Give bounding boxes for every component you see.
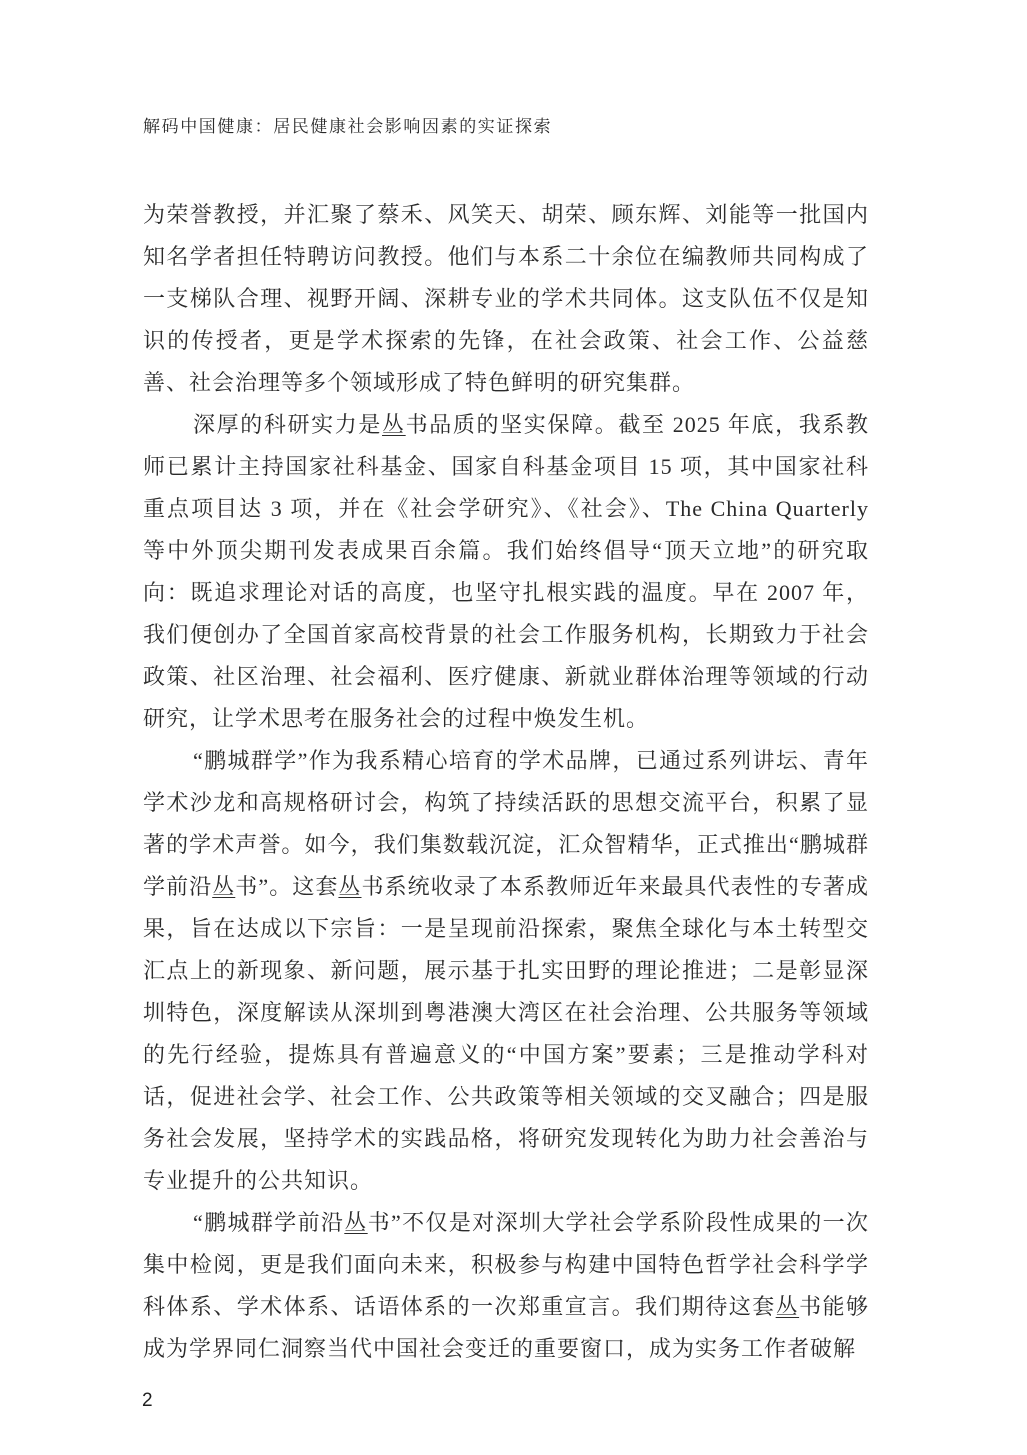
page-number: 2 (142, 1390, 153, 1412)
paragraph: 为荣誉教授，并汇聚了蔡禾、风笑天、胡荣、顾东辉、刘能等一批国内知名学者担任特聘访… (143, 194, 869, 404)
text-segment: 为荣誉教授，并汇聚了蔡禾、风笑天、胡荣、顾东辉、刘能等一批国内知名学者担任特聘访… (143, 202, 869, 395)
text-segment: 深厚的科研实力是 (193, 412, 382, 437)
underlined-character: 丛 (344, 1210, 367, 1235)
paragraph: 深厚的科研实力是丛书品质的坚实保障。截至 2025 年底，我系教师已累计主持国家… (143, 404, 869, 740)
running-head: 解码中国健康：居民健康社会影响因素的实证探索 (143, 112, 883, 137)
text-segment: 书系统收录了本系教师近年来最具代表性的专著成果，旨在达成以下宗旨：一是呈现前沿探… (143, 874, 869, 1193)
paragraph: “鹏城群学前沿丛书”不仅是对深圳大学社会学系阶段性成果的一次集中检阅，更是我们面… (143, 1202, 869, 1370)
text-segment: “鹏城群学前沿 (193, 1210, 344, 1235)
underlined-character: 丛 (382, 412, 406, 437)
underlined-character: 丛 (212, 874, 235, 899)
text-segment: 书品质的坚实保障。截至 2025 年底，我系教师已累计主持国家社科基金、国家自科… (143, 412, 869, 731)
paragraph: “鹏城群学”作为我系精心培育的学术品牌，已通过系列讲坛、青年学术沙龙和高规格研讨… (143, 740, 869, 1202)
underlined-character: 丛 (338, 874, 361, 899)
text-segment: 书”。这套 (235, 874, 338, 899)
underlined-character: 丛 (776, 1294, 799, 1319)
document-page: 解码中国健康：居民健康社会影响因素的实证探索 为荣誉教授，并汇聚了蔡禾、风笑天、… (0, 0, 1027, 1455)
body-text: 为荣誉教授，并汇聚了蔡禾、风笑天、胡荣、顾东辉、刘能等一批国内知名学者担任特聘访… (143, 194, 869, 1370)
